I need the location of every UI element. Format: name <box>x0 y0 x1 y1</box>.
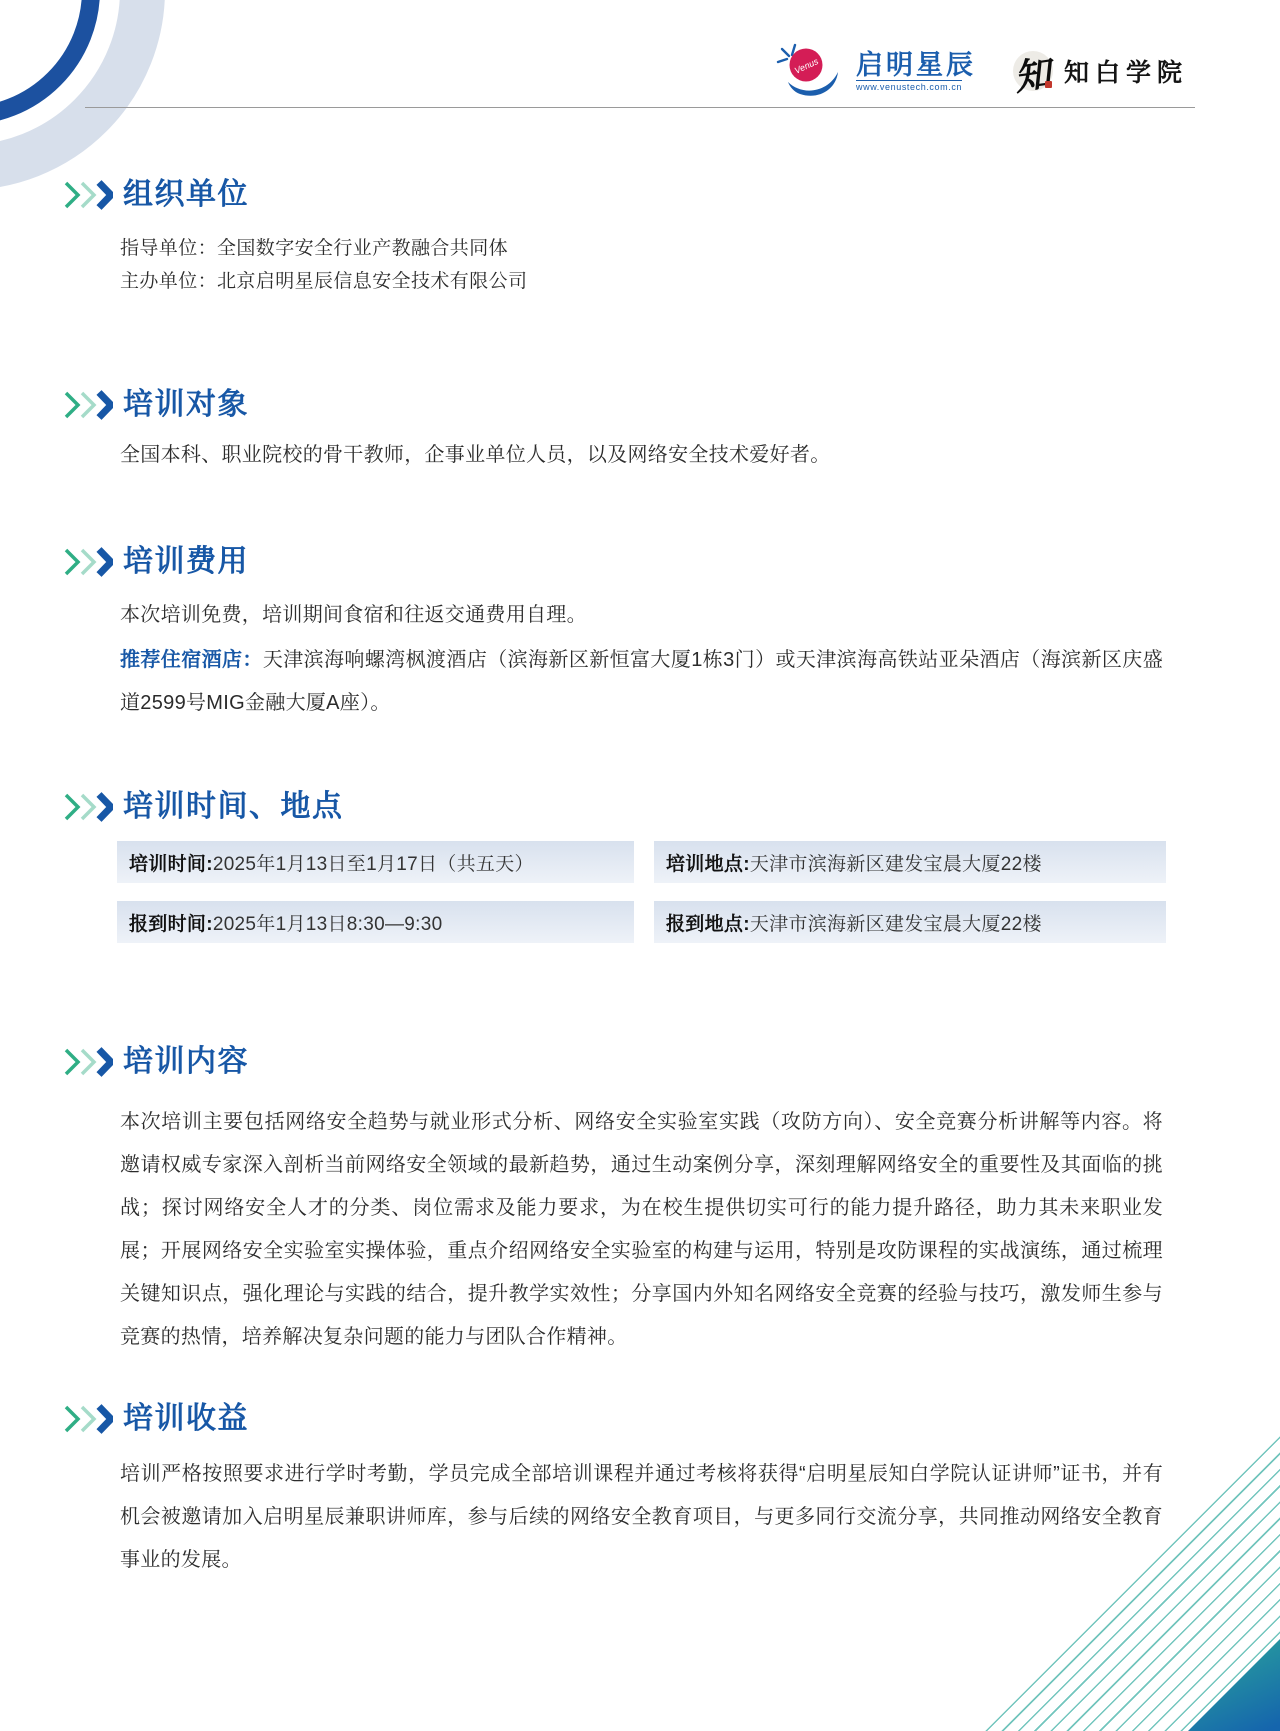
checkin-time-value: 2025年1月13日8:30—9:30 <box>213 909 443 936</box>
triple-chevron-icon <box>63 547 113 577</box>
logo-bar: Venus 启明星辰 www.venustech.com.cn 知 知白学院 <box>770 42 1188 100</box>
section-title: 组织单位 <box>123 176 249 214</box>
section-schedule-header: 培训时间、地点 <box>63 788 1280 826</box>
header-divider-line <box>85 107 1195 108</box>
training-time-box: 培训时间: 2025年1月13日至1月17日（共五天） <box>117 841 634 883</box>
guiding-unit-line: 指导单位：全国数字安全行业产教融合共同体 <box>120 232 1163 265</box>
hotel-text: 天津滨海响螺湾枫渡酒店（滨海新区新恒富大厦1栋3门）或天津滨海高铁站亚朵酒店（海… <box>120 649 1163 714</box>
schedule-box-grid: 培训时间: 2025年1月13日至1月17日（共五天） 培训地点: 天津市滨海新… <box>117 841 1166 943</box>
checkin-location-value: 天津市滨海新区建发宝晨大厦22楼 <box>750 909 1042 936</box>
section-organizers-header: 组织单位 <box>63 176 1280 214</box>
section-title: 培训内容 <box>123 1043 249 1081</box>
zhibai-academy-logo: 知 知白学院 <box>1010 48 1188 94</box>
benefit-body: 培训严格按照要求进行学时考勤，学员完成全部培训课程并通过考核将获得“启明星辰知白… <box>120 1453 1163 1582</box>
section-content: 培训内容 本次培训主要包括网络安全趋势与就业形式分析、网络安全实验室实践（攻防方… <box>0 1043 1280 1359</box>
checkin-time-label: 报到时间: <box>129 909 213 936</box>
zhibai-red-seal <box>1045 81 1052 88</box>
section-audience: 培训对象 全国本科、职业院校的骨干教师，企事业单位人员，以及网络安全技术爱好者。 <box>0 386 1280 470</box>
section-schedule: 培训时间、地点 培训时间: 2025年1月13日至1月17日（共五天） 培训地点… <box>0 788 1280 943</box>
triple-chevron-icon <box>63 1047 113 1077</box>
zhibai-glyph: 知 <box>1011 46 1054 102</box>
training-time-label: 培训时间: <box>129 849 213 876</box>
section-organizers: 组织单位 指导单位：全国数字安全行业产教融合共同体 主办单位：北京启明星辰信息安… <box>0 176 1280 298</box>
section-fee-header: 培训费用 <box>63 543 1280 581</box>
audience-text: 全国本科、职业院校的骨干教师，企事业单位人员，以及网络安全技术爱好者。 <box>120 440 1163 470</box>
host-unit-line: 主办单位：北京启明星辰信息安全技术有限公司 <box>120 265 1163 298</box>
training-time-value: 2025年1月13日至1月17日（共五天） <box>213 849 534 876</box>
triple-chevron-icon <box>63 1404 113 1434</box>
section-audience-header: 培训对象 <box>63 386 1280 424</box>
triple-chevron-icon <box>63 390 113 420</box>
section-benefit-header: 培训收益 <box>63 1400 1280 1438</box>
checkin-time-box: 报到时间: 2025年1月13日8:30—9:30 <box>117 901 634 943</box>
training-location-box: 培训地点: 天津市滨海新区建发宝晨大厦22楼 <box>654 841 1166 883</box>
content-paragraph: 本次培训主要包括网络安全趋势与就业形式分析、网络安全实验室实践（攻防方向）、安全… <box>120 1101 1163 1359</box>
triple-chevron-icon <box>63 792 113 822</box>
zhibai-logo-text: 知白学院 <box>1064 53 1188 89</box>
section-benefit: 培训收益 培训严格按照要求进行学时考勤，学员完成全部培训课程并通过考核将获得“启… <box>0 1400 1280 1582</box>
venustech-logo-text: 启明星辰 <box>856 50 976 80</box>
section-fee: 培训费用 本次培训免费，培训期间食宿和往返交通费用自理。 推荐住宿酒店：天津滨海… <box>0 543 1280 725</box>
organizers-body: 指导单位：全国数字安全行业产教融合共同体 主办单位：北京启明星辰信息安全技术有限… <box>120 232 1163 298</box>
triple-chevron-icon <box>63 180 113 210</box>
audience-body: 全国本科、职业院校的骨干教师，企事业单位人员，以及网络安全技术爱好者。 <box>120 440 1163 470</box>
fee-body: 本次培训免费，培训期间食宿和往返交通费用自理。 推荐住宿酒店：天津滨海响螺湾枫渡… <box>120 600 1163 725</box>
venustech-url: www.venustech.com.cn <box>856 80 962 92</box>
section-title: 培训时间、地点 <box>123 788 344 826</box>
hotel-recommendation: 推荐住宿酒店：天津滨海响螺湾枫渡酒店（滨海新区新恒富大厦1栋3门）或天津滨海高铁… <box>120 639 1163 725</box>
training-location-label: 培训地点: <box>666 849 750 876</box>
section-content-header: 培训内容 <box>63 1043 1280 1081</box>
hotel-label: 推荐住宿酒店： <box>120 649 263 671</box>
content-body: 本次培训主要包括网络安全趋势与就业形式分析、网络安全实验室实践（攻防方向）、安全… <box>120 1101 1163 1359</box>
venus-planet-icon: Venus <box>770 42 850 100</box>
benefit-paragraph: 培训严格按照要求进行学时考勤，学员完成全部培训课程并通过考核将获得“启明星辰知白… <box>120 1453 1163 1582</box>
section-title: 培训收益 <box>123 1400 249 1438</box>
zhibai-calligraphy-icon: 知 <box>1010 48 1056 94</box>
checkin-location-box: 报到地点: 天津市滨海新区建发宝晨大厦22楼 <box>654 901 1166 943</box>
training-flyer-page: Venus 启明星辰 www.venustech.com.cn 知 知白学院 <box>0 0 1280 1731</box>
training-location-value: 天津市滨海新区建发宝晨大厦22楼 <box>750 849 1042 876</box>
section-title: 培训费用 <box>123 543 249 581</box>
checkin-location-label: 报到地点: <box>666 909 750 936</box>
fee-text: 本次培训免费，培训期间食宿和往返交通费用自理。 <box>120 600 1163 630</box>
section-title: 培训对象 <box>123 386 249 424</box>
venustech-logo: Venus 启明星辰 www.venustech.com.cn <box>770 42 976 100</box>
